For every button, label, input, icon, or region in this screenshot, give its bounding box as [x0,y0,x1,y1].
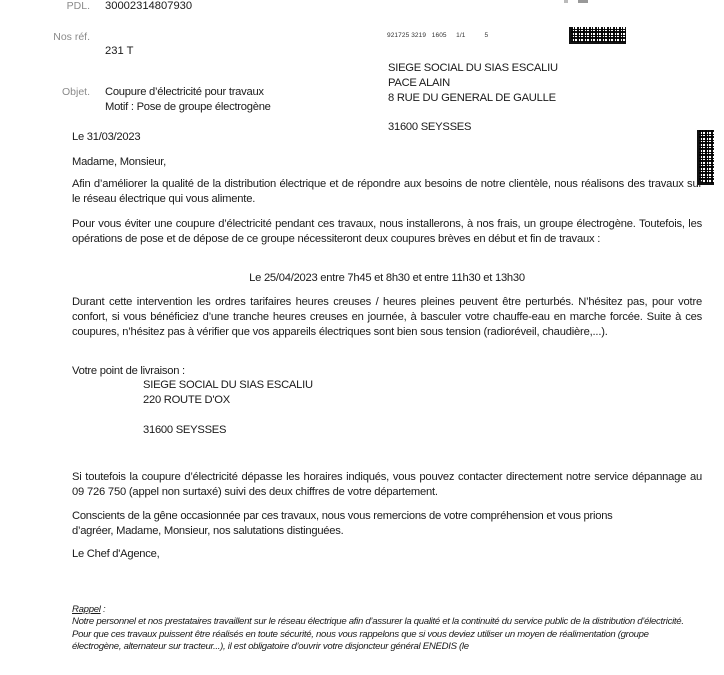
object-line-2: Motif : Pose de groupe électrogène [105,100,271,115]
delivery-point-line-2: 220 ROUTE D'OX [143,393,230,408]
reminder-heading: Rappel : [72,604,692,616]
datamatrix-barcode-icon [569,27,626,44]
ref-value: 231 T [105,44,133,59]
postal-routing-code: 921725 3219 1605 1/1 5 [387,28,488,43]
salutation: Madame, Monsieur, [72,155,166,170]
delivery-point-label: Votre point de livraison : [72,364,185,379]
delivery-point-line-1: SIEGE SOCIAL DU SIAS ESCALIU [143,378,313,393]
recipient-line-3: 8 RUE DU GENERAL DE GAULLE [388,91,556,106]
recipient-line-2: PACE ALAIN [388,76,450,91]
object-label: Objet. [40,85,90,100]
reminder-title-suffix: : [101,604,106,615]
reminder-title: Rappel [72,604,101,615]
reminder-line-2: Pour que ces travaux puissent être réali… [72,629,692,654]
recipient-line-4: 31600 SEYSSES [388,120,471,135]
reminder-section: Rappel : Notre personnel et nos prestata… [72,604,692,653]
pdl-label: PDL. [40,0,90,14]
pdl-value: 30002314807930 [105,0,192,14]
signature: Le Chef d'Agence, [72,547,159,562]
paragraph-1: Afin d’améliorer la qualité de la distri… [72,177,702,207]
paragraph-2: Pour vous éviter une coupure d’électrici… [72,217,702,247]
ref-label: Nos réf. [40,30,90,45]
letter-date: Le 31/03/2023 [72,130,140,145]
scan-artifact [560,0,600,3]
reminder-line-1: Notre personnel et nos prestataires trav… [72,616,692,628]
paragraph-3: Durant cette intervention les ordres tar… [72,295,702,340]
paragraph-5-line-2: d’agréer, Madame, Monsieur, nos salutati… [72,524,343,539]
object-line-1: Coupure d’électricité pour travaux [105,85,264,100]
paragraph-5-line-1: Conscients de la gêne occasionnée par ce… [72,509,613,524]
recipient-line-1: SIEGE SOCIAL DU SIAS ESCALIU [388,61,558,76]
outage-schedule: Le 25/04/2023 entre 7h45 et 8h30 et entr… [72,271,702,286]
delivery-point-line-3: 31600 SEYSSES [143,423,226,438]
paragraph-4: Si toutefois la coupure d’électricité dé… [72,470,702,500]
